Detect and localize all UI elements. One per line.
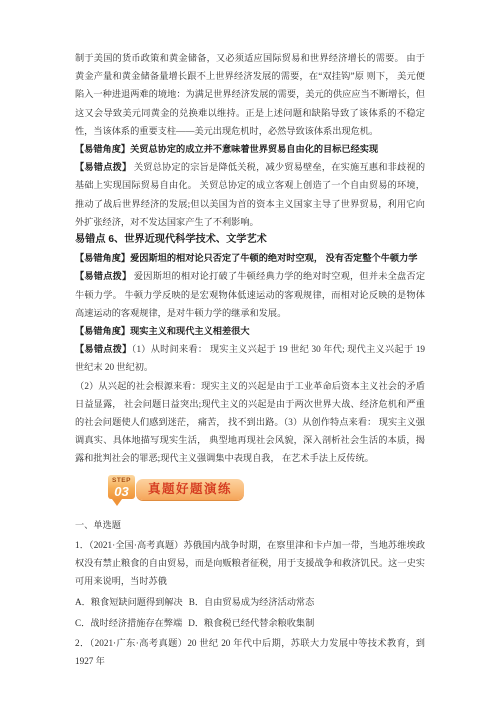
option-a: A．粮食短缺问题得到解决 [75,597,183,607]
error-angle-text: 关贸总协定的成立并不意味着世界贸易自由化的目标已经实现 [130,144,378,154]
error-angle-label: 【易错角度】 [75,326,130,336]
error-angle-line: 【易错角度】爱因斯坦的相对论只否定了牛顿的绝对时空观， 没有否定整个牛顿力学 [75,249,425,267]
step-tab-icon: STEP 03 [108,475,135,499]
step-number: 03 [108,485,135,498]
error-tip-paragraph: 【易错点拨】 爱因斯坦的相对论打破了牛顿经典力学的绝对时空观，但并未全盘否定牛顿… [75,267,425,322]
error-angle-label: 【易错角度】 [75,253,130,263]
option-text: 粮食税已经代替余粮收集制 [204,618,314,628]
exercise-section-label: 一、单选题 [75,516,425,534]
question-2: 2．（2021·广东·高考真题）20 世纪 20 年代中后期，苏联大力发展中等技… [75,634,425,670]
error-angle-text: 现实主义和现代主义相差很大 [130,326,249,336]
question-number: 1． [75,540,89,550]
option-key: C． [75,618,90,628]
option-c: C．战时经济措施存在弊端 [75,618,182,628]
error-tip-paragraph: 【易错点拨】 关贸总协定的宗旨是降低关税，减少贸易壁垒，在实施互惠和非歧视的基础… [75,158,425,231]
section-heading-point-6: 易错点 6、世界近现代科学技术、文学艺术 [75,231,425,249]
error-angle-text: 爱因斯坦的相对论只否定了牛顿的绝对时空观， 没有否定整个牛顿力学 [130,253,417,263]
error-tip-paragraph: 【易错点拨】（1）从时间来看： 现实主义兴起于 19 世纪 30 年代; 现代主… [75,340,425,376]
question-1-options-row-cd: C．战时经济措施存在弊端D．粮食税已经代替余粮收集制 [75,614,425,632]
question-1-options-row-ab: A．粮食短缺问题得到解决B．自由贸易成为经济活动常态 [75,593,425,611]
option-key: A． [75,597,91,607]
question-source: （2021·广东·高考真题） [90,638,188,648]
option-d: D．粮食税已经代替余粮收集制 [188,618,314,628]
error-angle-line: 【易错角度】现实主义和现代主义相差很大 [75,322,425,340]
error-angle-label: 【易错角度】 [75,144,130,154]
step-banner-title: 真题好题演练 [148,480,232,498]
paragraph-realism-modernism: （2）从兴起的社会根源来看：现实主义的兴起是由于工业革命后资本主义社会的矛盾日益… [75,377,425,468]
option-key: D． [188,618,204,628]
option-b: B．自由贸易成为经济活动常态 [189,597,315,607]
error-tip-label: 【易错点拨】 [75,344,132,354]
option-text: 自由贸易成为经济活动常态 [204,597,314,607]
step-banner: 真题好题演练 [136,479,244,500]
option-key: B． [189,597,204,607]
option-text: 战时经济措施存在弊端 [90,618,182,628]
error-angle-line: 【易错角度】关贸总协定的成立并不意味着世界贸易自由化的目标已经实现 [75,140,425,158]
question-number: 2． [75,638,90,648]
error-tip-label: 【易错点拨】 [75,271,131,281]
paragraph-bretton-woods: 制于美国的货币政策和黄金储备，又必须适应国际贸易和世界经济增长的需要。 由于黄金… [75,49,425,140]
document-page: 制于美国的货币政策和黄金储备，又必须适应国际贸易和世界经济增长的需要。 由于黄金… [0,0,500,707]
question-1: 1．（2021·全国·高考真题）苏俄国内战争时期，在察里津和卡卢加一带，当地苏维… [75,536,425,591]
question-source: （2021·全国·高考真题） [89,540,183,550]
step-badge: STEP 03 真题好题演练 [108,475,425,509]
option-text: 粮食短缺问题得到解决 [91,597,183,607]
error-tip-label: 【易错点拨】 [75,162,131,172]
